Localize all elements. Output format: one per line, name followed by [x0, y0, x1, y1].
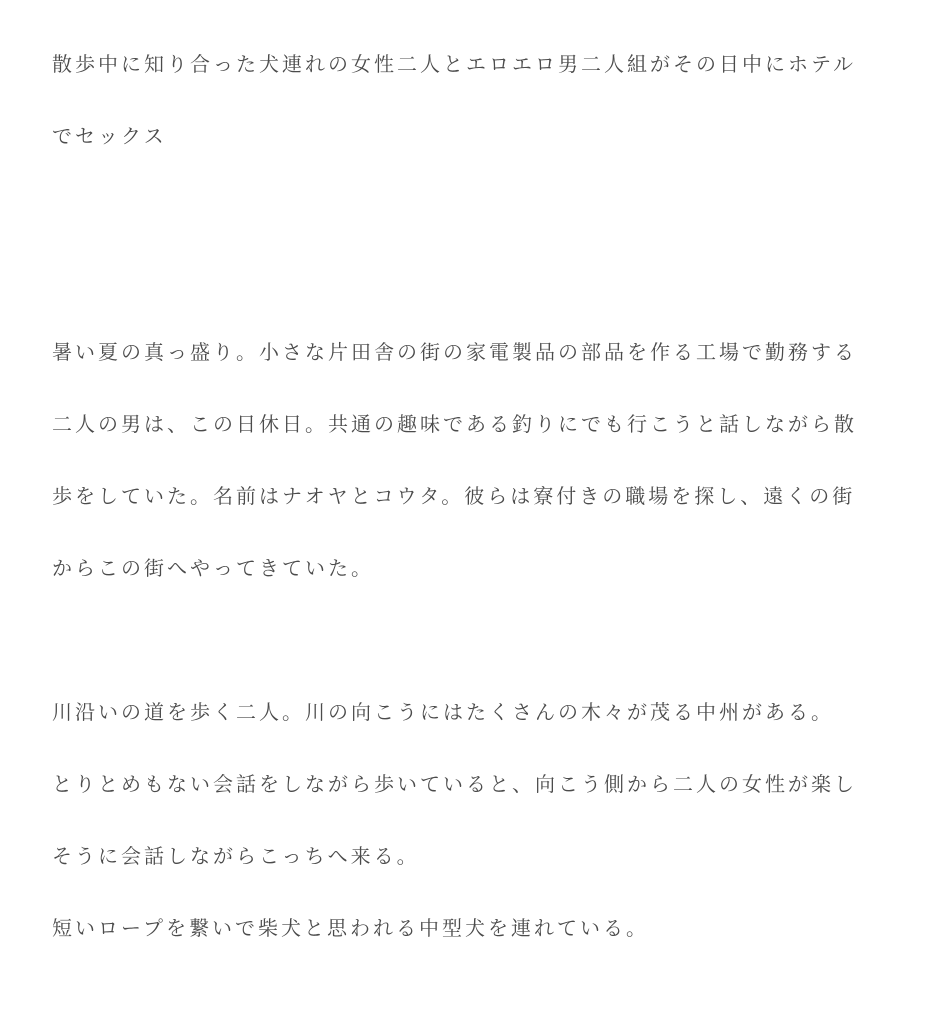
text-line: 暑い夏の真っ盛り。小さな片田舎の街の家電製品の部品を作る工場で勤務する: [52, 316, 898, 388]
text-line: からこの街へやってきていた。: [52, 532, 898, 604]
text-line: 歩をしていた。名前はナオヤとコウタ。彼らは寮付きの職場を探し、遠くの街: [52, 460, 898, 532]
text-line: [52, 604, 898, 676]
text-line: [52, 172, 898, 244]
story-page: 散歩中に知り合った犬連れの女性二人とエロエロ男二人組がその日中にホテルでセックス…: [0, 0, 934, 1018]
text-line: とりとめもない会話をしながら歩いていると、向こう側から二人の女性が楽し: [52, 748, 898, 820]
text-line: 短いロープを繋いで柴犬と思われる中型犬を連れている。: [52, 892, 898, 964]
text-line: そうに会話しながらこっちへ来る。: [52, 820, 898, 892]
story-text: 散歩中に知り合った犬連れの女性二人とエロエロ男二人組がその日中にホテルでセックス…: [52, 28, 898, 964]
text-line: [52, 244, 898, 316]
text-line: 二人の男は、この日休日。共通の趣味である釣りにでも行こうと話しながら散: [52, 388, 898, 460]
text-line: 散歩中に知り合った犬連れの女性二人とエロエロ男二人組がその日中にホテル: [52, 28, 898, 100]
text-line: でセックス: [52, 100, 898, 172]
text-line: 川沿いの道を歩く二人。川の向こうにはたくさんの木々が茂る中州がある。: [52, 676, 898, 748]
